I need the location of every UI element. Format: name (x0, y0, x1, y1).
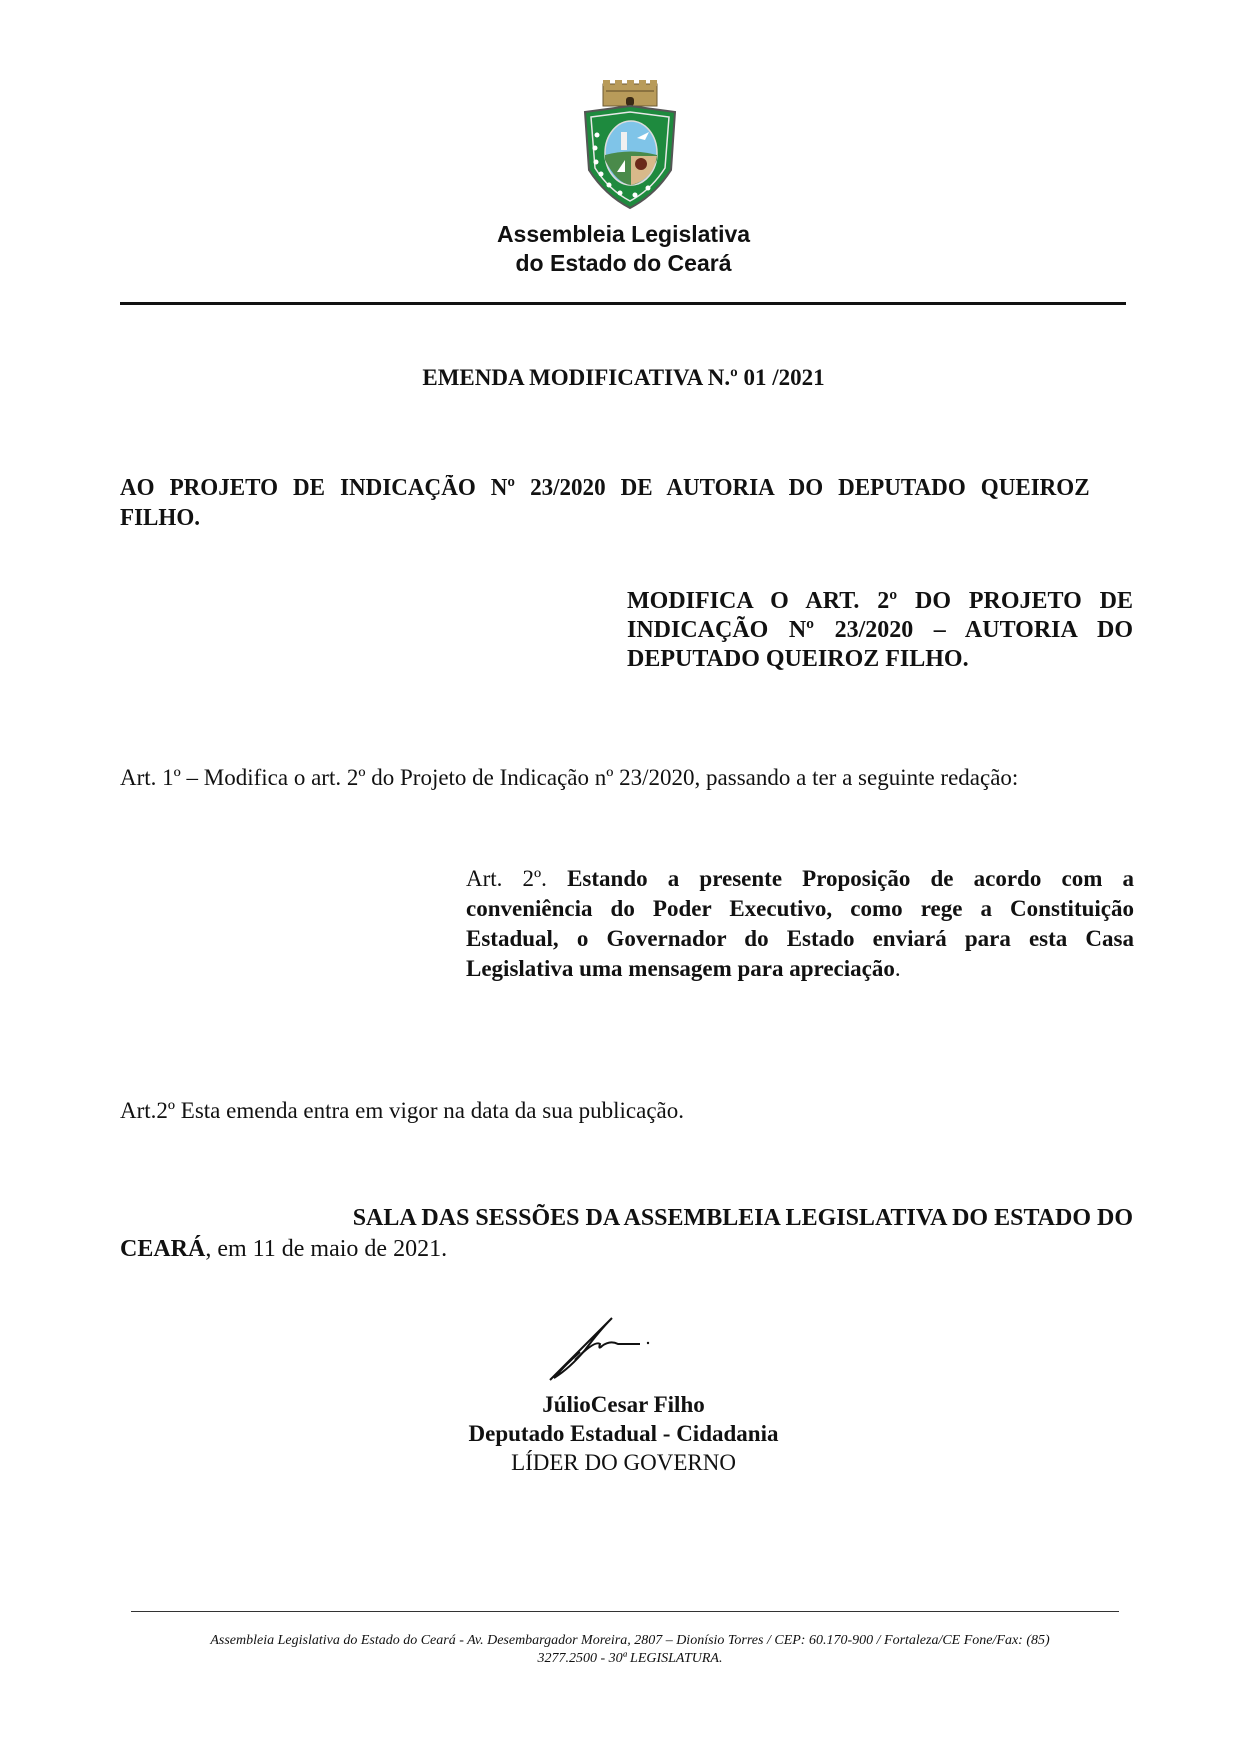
subject-line1: AO PROJETO DE INDICAÇÃO Nº 23/2020 DE AU… (120, 473, 1090, 503)
institution-name: Assembleia Legislativa do Estado do Cear… (0, 220, 1247, 278)
header-divider (120, 302, 1126, 305)
closing-statement: SALA DAS SESSÕES DA ASSEMBLEIA LEGISLATI… (120, 1203, 1133, 1265)
handwritten-signature-icon (540, 1310, 680, 1390)
institution-name-line2: do Estado do Ceará (0, 249, 1247, 278)
footer-address: Assembleia Legislativa do Estado do Cear… (120, 1632, 1140, 1668)
ementa-line: MODIFICA O ART. 2º DO PROJETO DE (627, 587, 1133, 616)
footer-line2: 3277.2500 - 30ª LEGISLATURA. (120, 1650, 1140, 1668)
ementa-block: MODIFICA O ART. 2º DO PROJETO DE INDICAÇ… (627, 587, 1133, 674)
institution-name-line1: Assembleia Legislativa (0, 220, 1247, 249)
signer-block: JúlioCesar Filho Deputado Estadual - Cid… (0, 1390, 1247, 1477)
quoted-line-3: Estadual, o Governador do Estado enviará… (466, 924, 1134, 954)
signer-title: LÍDER DO GOVERNO (0, 1448, 1247, 1477)
quoted-text: Legislativa uma mensagem para apreciação (466, 956, 895, 981)
closing-date: , em 11 de maio de 2021. (205, 1236, 447, 1262)
signer-role: Deputado Estadual - Cidadania (0, 1419, 1247, 1448)
quoted-article-2: Art. 2º. Estando a presente Proposição d… (466, 864, 1134, 984)
quoted-prefix: Art. 2º. (466, 866, 567, 891)
quoted-line-1: Art. 2º. Estando a presente Proposição d… (466, 864, 1134, 894)
ementa-line: INDICAÇÃO Nº 23/2020 – AUTORIA DO (627, 616, 1133, 645)
closing-line1: SALA DAS SESSÕES DA ASSEMBLEIA LEGISLATI… (120, 1203, 1133, 1234)
article-1: Art. 1º – Modifica o art. 2º do Projeto … (120, 763, 1150, 793)
document-title: EMENDA MODIFICATIVA N.º 01 /2021 (0, 365, 1247, 391)
ementa-line: DEPUTADO QUEIROZ FILHO. (627, 645, 1133, 674)
quoted-text: Estadual, o Governador do Estado enviará… (466, 926, 1134, 951)
quoted-text: Estando a presente Proposição de acordo … (567, 866, 1134, 891)
footer-line1: Assembleia Legislativa do Estado do Cear… (120, 1632, 1140, 1650)
closing-line2: CEARÁ, em 11 de maio de 2021. (120, 1234, 1133, 1265)
article-2: Art.2º Esta emenda entra em vigor na dat… (120, 1096, 820, 1126)
quoted-line-2: conveniência do Poder Executivo, como re… (466, 894, 1134, 924)
closing-state: CEARÁ (120, 1236, 205, 1262)
signer-name: JúlioCesar Filho (0, 1390, 1247, 1419)
document-subject: AO PROJETO DE INDICAÇÃO Nº 23/2020 DE AU… (120, 473, 1090, 533)
subject-line2: FILHO. (120, 505, 200, 531)
quoted-line-4: Legislativa uma mensagem para apreciação… (466, 954, 1134, 984)
quoted-text: conveniência do Poder Executivo, como re… (466, 896, 1134, 921)
ceara-coat-of-arms-icon (575, 80, 685, 212)
footer-divider (131, 1611, 1119, 1612)
quoted-end: . (895, 956, 901, 981)
